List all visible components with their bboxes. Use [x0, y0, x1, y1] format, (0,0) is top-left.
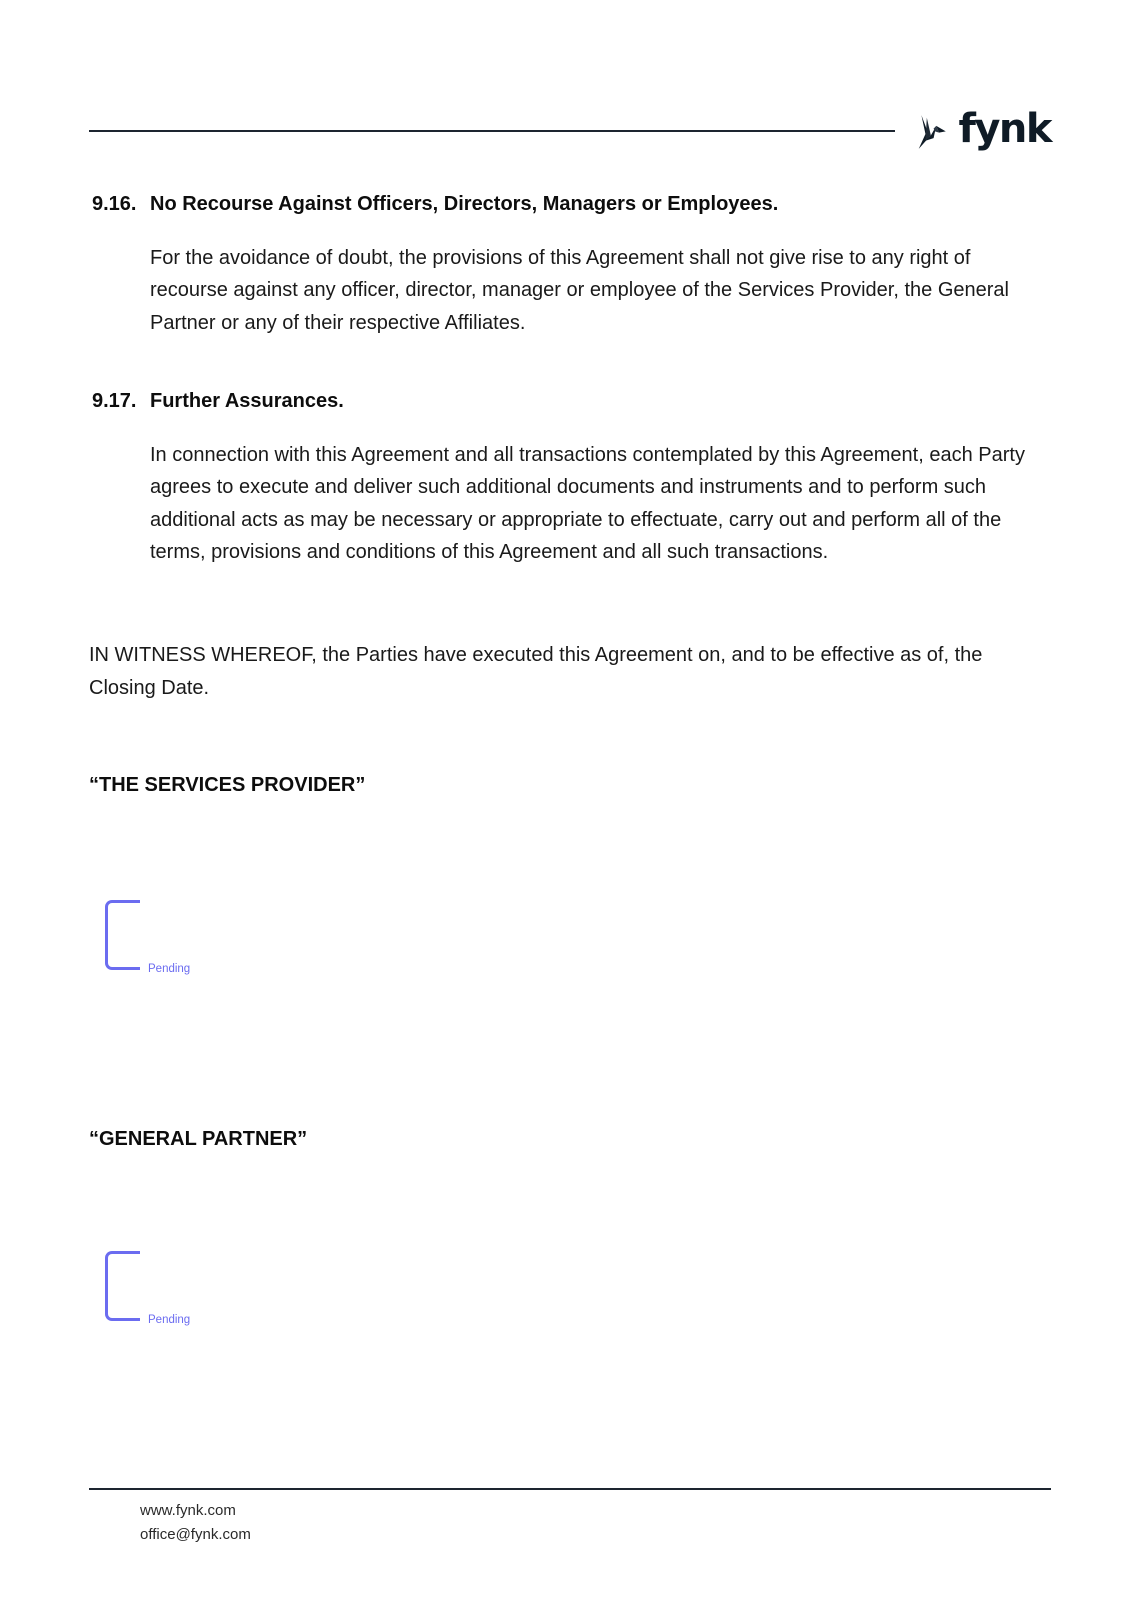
logo-wordmark: fynk	[958, 109, 1051, 149]
signatory-label-general-partner: “GENERAL PARTNER”	[89, 1127, 307, 1151]
signature-field-general-partner[interactable]	[105, 1251, 140, 1321]
header-divider	[89, 130, 895, 132]
document-page: fynk 9.16.No Recourse Against Officers, …	[0, 0, 1131, 1600]
section-title: No Recourse Against Officers, Directors,…	[150, 193, 778, 215]
footer-website: www.fynk.com	[140, 1501, 236, 1521]
origami-bird-icon	[916, 105, 948, 159]
signature-status-badge: Pending	[148, 1313, 190, 1327]
section-title: Further Assurances.	[150, 390, 344, 412]
section-body-9-17: In connection with this Agreement and al…	[150, 439, 1050, 568]
footer-email: office@fynk.com	[140, 1525, 251, 1545]
section-number: 9.16.	[92, 192, 150, 216]
signature-status-badge: Pending	[148, 962, 190, 976]
footer-divider	[89, 1488, 1051, 1490]
witness-clause: IN WITNESS WHEREOF, the Parties have exe…	[89, 639, 1049, 705]
section-heading-9-17: 9.17.Further Assurances.	[92, 389, 344, 413]
section-number: 9.17.	[92, 389, 150, 413]
signature-field-services-provider[interactable]	[105, 900, 140, 970]
fynk-logo: fynk	[916, 104, 1051, 160]
section-body-9-16: For the avoidance of doubt, the provisio…	[150, 242, 1050, 339]
section-heading-9-16: 9.16.No Recourse Against Officers, Direc…	[92, 192, 778, 216]
signatory-label-services-provider: “THE SERVICES PROVIDER”	[89, 773, 365, 797]
